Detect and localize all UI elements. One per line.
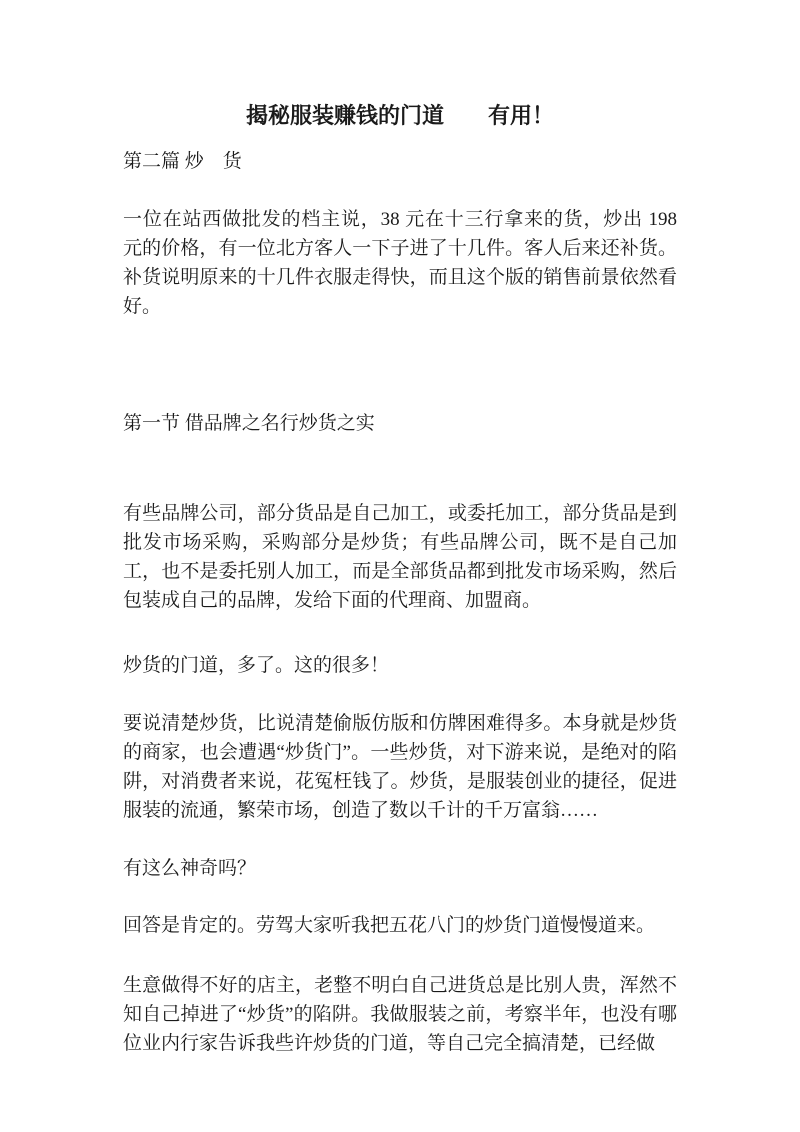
paragraph-story: 生意做得不好的店主，老整不明白自己进货总是比别人贵，浑然不知自己掉进了“炒货”的… [123, 971, 677, 1058]
paragraph-explain: 要说清楚炒货，比说清楚偷版仿版和仿牌困难得多。本身就是炒货的商家，也会遭遇“炒货… [123, 709, 677, 825]
document-title: 揭秘服装赚钱的门道 有用！ [123, 0, 677, 129]
document-page: 揭秘服装赚钱的门道 有用！ 第二篇 炒 货 一位在站西做批发的档主说，38 元在… [0, 0, 800, 1132]
paragraph-short-note: 炒货的门道，多了。这的很多！ [123, 651, 677, 680]
chapter-line: 第二篇 炒 货 [123, 147, 677, 176]
paragraph-brands: 有些品牌公司，部分货品是自己加工，或委托加工，部分货品是到批发市场采购，采购部分… [123, 499, 677, 615]
paragraph-answer: 回答是肯定的。劳驾大家听我把五花八门的炒货门道慢慢道来。 [123, 911, 677, 940]
paragraph-intro: 一位在站西做批发的档主说，38 元在十三行拿来的货，炒出 198 元的价格，有一… [123, 205, 677, 321]
section-heading: 第一节 借品牌之名行炒货之实 [123, 409, 677, 438]
document-content: 揭秘服装赚钱的门道 有用！ 第二篇 炒 货 一位在站西做批发的档主说，38 元在… [0, 0, 800, 1058]
paragraph-question: 有这么神奇吗？ [123, 854, 677, 883]
